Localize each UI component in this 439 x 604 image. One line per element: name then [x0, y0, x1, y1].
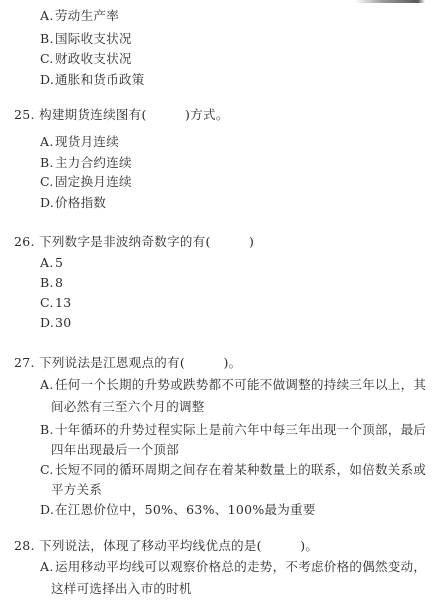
question-text: 构建期货连续图有( )方式。	[39, 107, 229, 122]
question-text: 下列说法是江恩观点的有( )。	[39, 355, 241, 370]
option-label: D.	[40, 502, 55, 518]
option-label: B.	[40, 275, 55, 291]
option-text: 8	[55, 275, 63, 290]
question-number: 28.	[14, 538, 35, 554]
question-number: 26.	[14, 234, 35, 250]
option-label: B.	[40, 422, 55, 438]
q26-option-c: C.13	[40, 295, 72, 311]
option-text: 间必然有三至六个月的调整	[51, 399, 205, 414]
option-text: 任何一个长期的升势或跌势都不可能不做调整的持续三年以上，其	[55, 377, 426, 392]
q27-option-a-cont: 间必然有三至六个月的调整	[51, 399, 205, 415]
question-number: 25.	[14, 107, 35, 123]
option-text: 固定换月连续	[55, 174, 132, 189]
option-text: 十年循环的升势过程实际上是前六年中每三年出现一个顶部，最后	[55, 422, 426, 437]
option-label: A.	[40, 559, 55, 575]
option-label: A.	[40, 377, 55, 393]
q26-option-a: A.5	[40, 255, 63, 271]
option-text: 通胀和货币政策	[55, 72, 145, 87]
q25-option-d: D.价格指数	[40, 195, 106, 211]
q24-option-d: D.通胀和货币政策	[40, 72, 145, 88]
q27-option-c-cont: 平方关系	[51, 482, 102, 498]
option-text: 运用移动平均线可以观察价格总的走势，不考虑价格的偶然变动，	[55, 559, 426, 574]
option-text: 13	[55, 295, 72, 310]
option-label: C.	[40, 462, 55, 478]
option-text: 劳动生产率	[55, 8, 119, 23]
scan-artifact	[355, 0, 425, 3]
option-text: 现货月连续	[55, 134, 119, 149]
q28-option-a: A.运用移动平均线可以观察价格总的走势，不考虑价格的偶然变动，	[40, 559, 426, 575]
option-label: D.	[40, 315, 55, 331]
option-label: B.	[40, 155, 55, 171]
option-text: 价格指数	[55, 195, 106, 210]
q25-option-b: B.主力合约连续	[40, 155, 132, 171]
option-label: A.	[40, 8, 55, 24]
option-label: C.	[40, 51, 55, 67]
q25-option-a: A.现货月连续	[40, 134, 119, 150]
question-text: 下列数字是非波纳奇数字的有( )	[39, 234, 254, 249]
q28-option-a-cont: 这样可选择出入市的时机	[51, 581, 192, 597]
q26-option-d: D.30	[40, 315, 72, 331]
option-label: A.	[40, 134, 55, 150]
option-label: D.	[40, 72, 55, 88]
option-text: 30	[55, 315, 72, 330]
option-label: B.	[40, 31, 55, 47]
option-text: 平方关系	[51, 482, 102, 497]
option-text: 国际收支状况	[55, 31, 132, 46]
q27-option-b: B.十年循环的升势过程实际上是前六年中每三年出现一个顶部，最后	[40, 422, 426, 438]
q25-option-c: C.固定换月连续	[40, 174, 132, 190]
option-label: C.	[40, 174, 55, 190]
option-text: 主力合约连续	[55, 155, 132, 170]
option-label: A.	[40, 255, 55, 271]
option-text: 长短不同的循环周期之间存在着某种数量上的联系，如倍数关系或	[55, 462, 426, 477]
option-text: 在江恩价位中，50%、63%、100%最为重要	[55, 502, 316, 517]
option-text: 财政收支状况	[55, 51, 132, 66]
option-text: 5	[55, 255, 63, 270]
option-label: C.	[40, 295, 55, 311]
option-text: 四年出现最后一个顶部	[51, 442, 179, 457]
q24-option-b: B.国际收支状况	[40, 31, 132, 47]
question-text: 下列说法，体现了移动平均线优点的是( )。	[39, 538, 318, 553]
q26-stem: 26. 下列数字是非波纳奇数字的有( )	[14, 234, 254, 250]
q24-option-c: C.财政收支状况	[40, 51, 132, 67]
question-number: 27.	[14, 355, 35, 371]
option-label: D.	[40, 195, 55, 211]
q28-stem: 28. 下列说法，体现了移动平均线优点的是( )。	[14, 538, 318, 554]
q26-option-b: B.8	[40, 275, 63, 291]
q27-option-c: C.长短不同的循环周期之间存在着某种数量上的联系，如倍数关系或	[40, 462, 426, 478]
q24-option-a: A.劳动生产率	[40, 8, 119, 24]
q27-stem: 27. 下列说法是江恩观点的有( )。	[14, 355, 241, 371]
q27-option-d: D.在江恩价位中，50%、63%、100%最为重要	[40, 502, 316, 518]
q27-option-a: A.任何一个长期的升势或跌势都不可能不做调整的持续三年以上，其	[40, 377, 426, 393]
q27-option-b-cont: 四年出现最后一个顶部	[51, 442, 179, 458]
option-text: 这样可选择出入市的时机	[51, 581, 192, 596]
q25-stem: 25. 构建期货连续图有( )方式。	[14, 107, 229, 123]
